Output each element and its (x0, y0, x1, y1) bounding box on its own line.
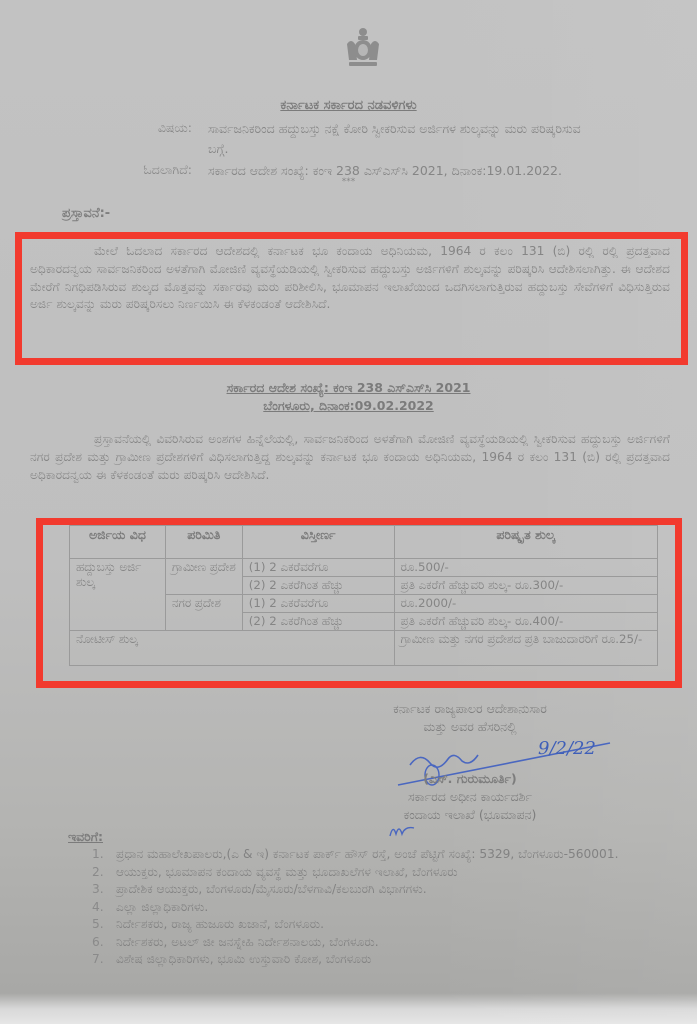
urban-area-2: (2) 2 ಎಕರೆಗಿಂತ ಹೆಚ್ಚು (242, 613, 394, 631)
rural-fee-1: ರೂ.500/- (394, 559, 657, 577)
list-item: 4.ಎಲ್ಲಾ ಜಿಲ್ಲಾಧಿಕಾರಿಗಳು. (92, 899, 672, 917)
list-item-number: 2. (92, 864, 116, 882)
subject-text: ಸಾರ್ವಜನಿಕರಿಂದ ಹದ್ದುಬಸ್ತು ನಕ್ಷೆ ಕೋರಿ ಸ್ವೀ… (208, 119, 588, 159)
header-limit: ಪರಿಮಿತಿ (165, 526, 242, 559)
header-area: ವಿಸ್ತೀರ್ಣ (242, 526, 394, 559)
handwritten-date: 9/2/22 (538, 738, 596, 759)
notice-fee-value: ಗ್ರಾಮೀಣ ಮತ್ತು ನಗರ ಪ್ರದೇಶದ ಪ್ರತಿ ಬಾಜುದಾರರ… (394, 631, 657, 666)
list-item: 3.ಪ್ರಾದೇಶಿಕ ಆಯುಕ್ತರು, ಬೆಂಗಳೂರು/ಮೈಸೂರು/ಬೆ… (92, 881, 672, 899)
list-item: 7.ವಿಶೇಷ ಜಿಲ್ಲಾಧಿಕಾರಿಗಳು, ಭೂಮಿ ಉಸ್ತುವಾರಿ … (92, 951, 672, 969)
list-item-text: ಎಲ್ಲಾ ಜಿಲ್ಲಾಧಿಕಾರಿಗಳು. (116, 899, 208, 917)
list-item: 6.ನಿರ್ದೇಶಕರು, ಅಟಲ್ ಜೀ ಜನಸ್ನೇಹಿ ನಿರ್ದೇಶನಾ… (92, 934, 672, 952)
signatory-designation: ಸರ್ಕಾರದ ಅಧೀನ ಕಾರ್ಯದರ್ಶಿ (320, 788, 620, 806)
application-type-cell: ಹದ್ದುಬಸ್ತು ಅರ್ಜಿ ಶುಲ್ಕ (70, 559, 166, 631)
table-row: ಹದ್ದುಬಸ್ತು ಅರ್ಜಿ ಶುಲ್ಕ ಗ್ರಾಮೀಣ ಪ್ರದೇಶ (1… (70, 559, 658, 577)
list-item-text: ಪ್ರಧಾನ ಮಹಾಲೇಖಪಾಲರು,(ಎ & ಇ) ಕರ್ನಾಟಕ ಪಾರ್ಕ… (116, 846, 618, 864)
urban-fee-2: ಪ್ರತಿ ಎಕರೆಗೆ ಹೆಚ್ಚುವರಿ ಶುಲ್ಕ- ರೂ.400/- (394, 613, 657, 631)
list-item-text: ಆಯುಕ್ತರು, ಭೂಮಾಪನ ಕಂದಾಯ ವ್ಯವಸ್ಥೆ ಮತ್ತು ಭೂ… (116, 864, 458, 882)
fee-table-header: ಅರ್ಜಿಯ ವಿಧ ಪರಿಮಿತಿ ವಿಸ್ತೀರ್ಣ ಪರಿಷ್ಕೃತ ಶು… (70, 526, 658, 559)
list-item-number: 3. (92, 881, 116, 899)
recipients-list: 1.ಪ್ರಧಾನ ಮಹಾಲೇಖಪಾಲರು,(ಎ & ಇ) ಕರ್ನಾಟಕ ಪಾರ… (92, 846, 672, 969)
rural-limit-cell: ಗ್ರಾಮೀಣ ಪ್ರದೇಶ (165, 559, 242, 595)
urban-area-1: (1) 2 ಎಕರೆವರೆಗೂ (242, 595, 394, 613)
list-item: 2.ಆಯುಕ್ತರು, ಭೂಮಾಪನ ಕಂದಾಯ ವ್ಯವಸ್ಥೆ ಮತ್ತು … (92, 864, 672, 882)
list-item-text: ನಿರ್ದೇಶಕರು, ಅಟಲ್ ಜೀ ಜನಸ್ನೇಹಿ ನಿರ್ದೇಶನಾಲಯ… (116, 934, 379, 952)
handwritten-initial-icon (388, 822, 418, 838)
separator-stars: *** (0, 177, 697, 187)
list-item-number: 5. (92, 916, 116, 934)
list-item-number: 6. (92, 934, 116, 952)
preamble-heading: ಪ್ರಸ್ತಾವನೆ:- (62, 206, 110, 221)
order-paragraph: ಪ್ರಸ್ತಾವನೆಯಲ್ಲಿ ವಿವರಿಸಿರುವ ಅಂಶಗಳ ಹಿನ್ನೆಲ… (30, 431, 670, 484)
document-title: ಕರ್ನಾಟಕ ಸರ್ಕಾರದ ನಡವಳಿಗಳು (0, 98, 697, 113)
list-item-number: 4. (92, 899, 116, 917)
rural-area-2: (2) 2 ಎಕರೆಗಿಂತ ಹೆಚ್ಚು (242, 577, 394, 595)
signature-authority-line2: ಮತ್ತು ಅವರ ಹೆಸರಿನಲ್ಲಿ (320, 718, 620, 736)
signatory-department: ಕಂದಾಯ ಇಲಾಖೆ (ಭೂಮಾಪನ) (320, 806, 620, 824)
header-application-type: ಅರ್ಜಿಯ ವಿಧ (70, 526, 166, 559)
list-item-text: ನಿರ್ದೇಶಕರು, ರಾಜ್ಯ ಹುಜೂರು ಖಜಾನೆ, ಬೆಂಗಳೂರು… (116, 916, 324, 934)
order-number: ಸರ್ಕಾರದ ಆದೇಶ ಸಂಖ್ಯೆ: ಕಂಇ 238 ಎಸ್‌ಎಸ್‌ಸಿ … (0, 378, 697, 397)
reference-label: ಓದಲಾಗಿದೆ: (92, 162, 192, 178)
order-place-date: ಬೆಂಗಳೂರು, ದಿನಾಂಕ:09.02.2022 (0, 396, 697, 415)
preamble-paragraph: ಮೇಲೆ ಓದಲಾದ ಸರ್ಕಾರದ ಆದೇಶದಲ್ಲಿ ಕರ್ನಾಟಕ ಭೂ … (30, 243, 670, 314)
rural-area-1: (1) 2 ಎಕರೆವರೆಗೂ (242, 559, 394, 577)
header-revised-fee: ಪರಿಷ್ಕೃತ ಶುಲ್ಕ (394, 526, 657, 559)
list-item-text: ಪ್ರಾದೇಶಿಕ ಆಯುಕ್ತರು, ಬೆಂಗಳೂರು/ಮೈಸೂರು/ಬೆಳಗ… (116, 881, 427, 899)
state-emblem-icon (343, 26, 383, 70)
urban-fee-1: ರೂ.2000/- (394, 595, 657, 613)
fee-table: ಅರ್ಜಿಯ ವಿಧ ಪರಿಮಿತಿ ವಿಸ್ತೀರ್ಣ ಪರಿಷ್ಕೃತ ಶು… (69, 525, 658, 666)
list-item: 1.ಪ್ರಧಾನ ಮಹಾಲೇಖಪಾಲರು,(ಎ & ಇ) ಕರ್ನಾಟಕ ಪಾರ… (92, 846, 672, 864)
list-item: 5.ನಿರ್ದೇಶಕರು, ರಾಜ್ಯ ಹುಜೂರು ಖಜಾನೆ, ಬೆಂಗಳೂ… (92, 916, 672, 934)
list-item-number: 1. (92, 846, 116, 864)
recipients-heading: ಇವರಿಗೆ: (68, 829, 103, 845)
list-item-text: ವಿಶೇಷ ಜಿಲ್ಲಾಧಿಕಾರಿಗಳು, ಭೂಮಿ ಉಸ್ತುವಾರಿ ಕೋ… (116, 951, 371, 969)
list-item-number: 7. (92, 951, 116, 969)
notice-fee-label: ನೋಟೀಸ್ ಶುಲ್ಕ (70, 631, 395, 666)
urban-limit-cell: ನಗರ ಪ್ರದೇಶ (165, 595, 242, 631)
subject-label: ವಿಷಯ: (92, 120, 192, 136)
rural-fee-2: ಪ್ರತಿ ಎಕರೆಗೆ ಹೆಚ್ಚುವರಿ ಶುಲ್ಕ- ರೂ.300/- (394, 577, 657, 595)
table-row: ನೋಟೀಸ್ ಶುಲ್ಕ ಗ್ರಾಮೀಣ ಮತ್ತು ನಗರ ಪ್ರದೇಶದ ಪ… (70, 631, 658, 666)
signatory-name: (ಎಸ್. ಗುರುಮೂರ್ತಿ) (320, 770, 620, 788)
signature-authority-line1: ಕರ್ನಾಟಕ ರಾಜ್ಯಪಾಲರ ಆದೇಶಾನುಸಾರ (320, 700, 620, 718)
